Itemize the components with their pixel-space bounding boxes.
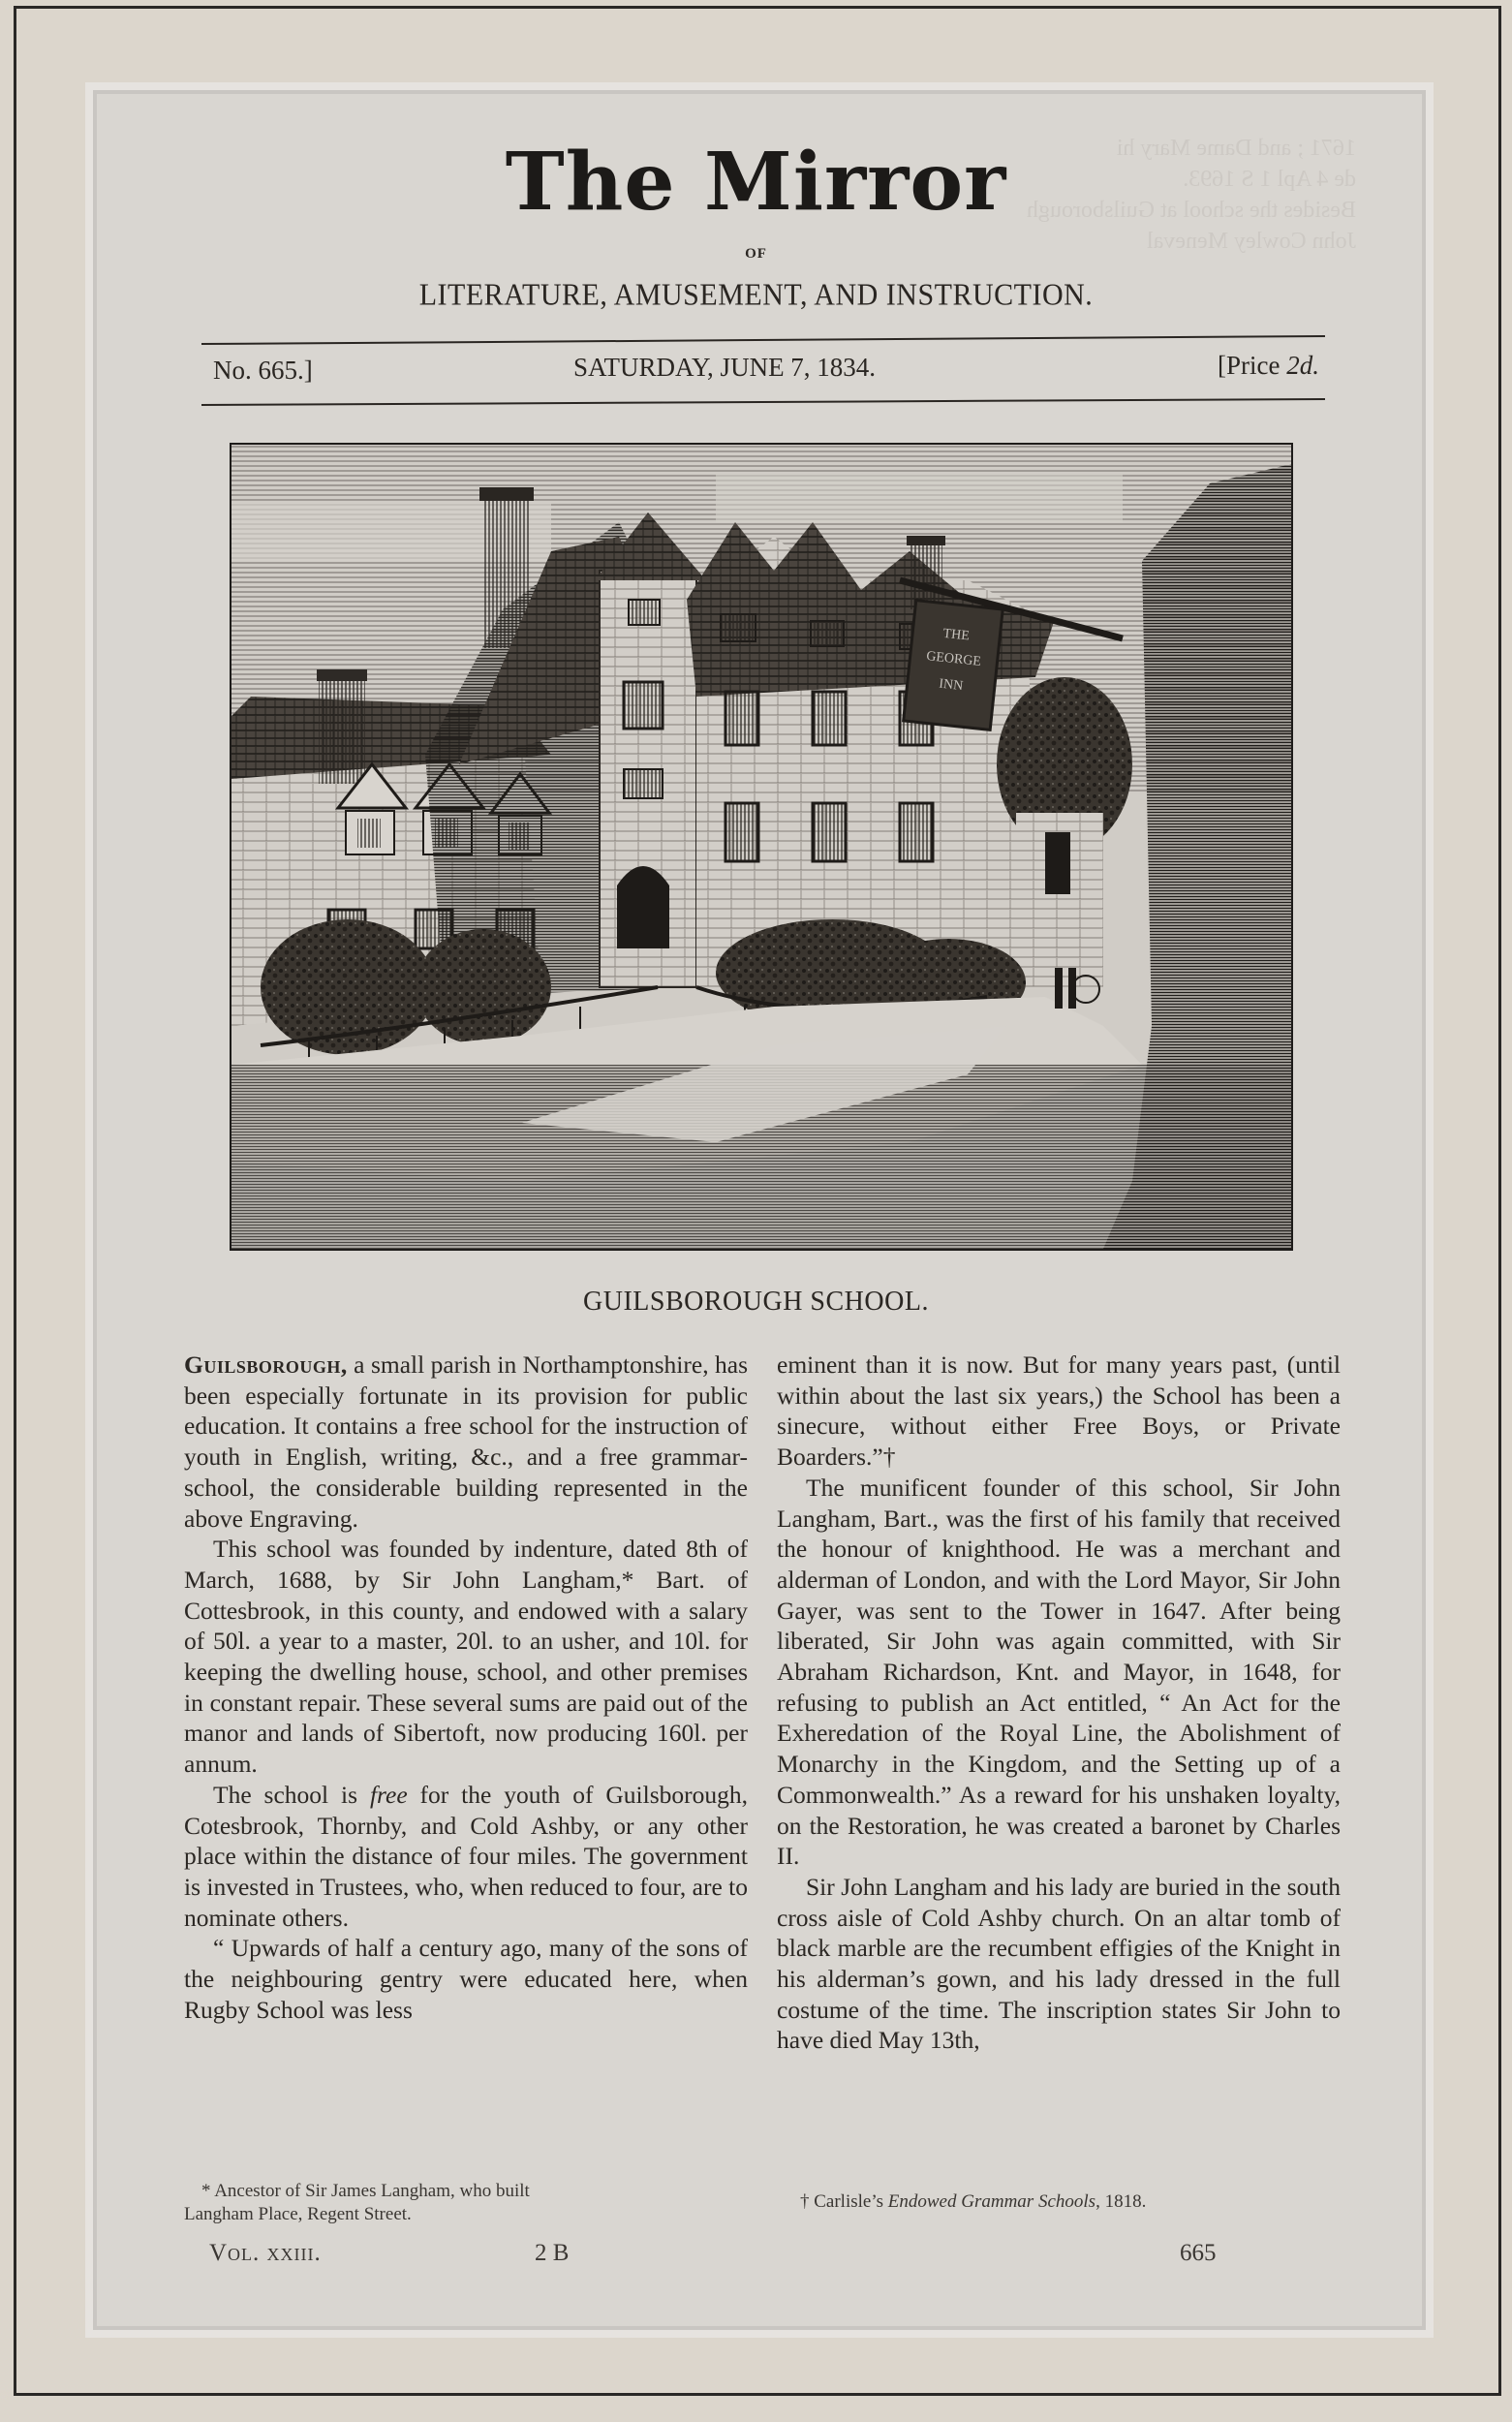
- page-number: 665: [1180, 2240, 1217, 2267]
- guilsborough-school-engraving: THE GEORGE INN: [231, 445, 1291, 1249]
- paragraph: Guilsborough, a small parish in Northamp…: [184, 1350, 748, 1534]
- footnote-text: † Carlisle’s: [800, 2191, 888, 2212]
- footnote-text: , 1818.: [1095, 2191, 1146, 2212]
- issue-number: No. 665.]: [213, 356, 313, 386]
- issue-price: [Price 2d.: [1218, 351, 1319, 381]
- masthead-of: OF: [0, 246, 1512, 263]
- paragraph: Sir John Langham and his lady are buried…: [777, 1872, 1341, 2056]
- paragraph: “ Upwards of half a century ago, many of…: [184, 1933, 748, 2025]
- signature-mark: 2 B: [535, 2240, 569, 2267]
- volume-text: Vol. xxiii.: [209, 2240, 322, 2266]
- paragraph: eminent than it is now. But for many yea…: [777, 1350, 1341, 1473]
- paragraph: This school was founded by indenture, da…: [184, 1534, 748, 1780]
- footnote-title: Endowed Grammar Schools: [888, 2191, 1095, 2212]
- inn-sign-line-1: THE: [942, 627, 971, 644]
- paragraph-text: The school is: [213, 1781, 370, 1809]
- illustration-caption: GUILSBOROUGH SCHOOL.: [0, 1287, 1512, 1318]
- dateline: No. 665.] SATURDAY, JUNE 7, 1834. [Price…: [213, 353, 1327, 391]
- issue-date: SATURDAY, JUNE 7, 1834.: [573, 353, 876, 383]
- volume-label: Vol. xxiii.: [209, 2240, 322, 2267]
- price-label: [Price: [1218, 351, 1286, 380]
- paragraph: The school is free for the youth of Guil…: [184, 1780, 748, 1934]
- emphasis: free: [370, 1781, 408, 1809]
- footnote-line: * Ancestor of Sir James Langham, who bui…: [184, 2180, 746, 2203]
- article-column-left: Guilsborough, a small parish in Northamp…: [184, 1350, 748, 2025]
- article-column-right: eminent than it is now. But for many yea…: [777, 1350, 1341, 2056]
- paragraph: The munificent founder of this school, S…: [777, 1473, 1341, 1872]
- masthead-title: The Mirror: [0, 136, 1512, 229]
- footnote-dagger: † Carlisle’s Endowed Grammar Schools, 18…: [800, 2190, 1342, 2214]
- masthead-subtitle: LITERATURE, AMUSEMENT, AND INSTRUCTION.: [0, 278, 1512, 313]
- footnote-asterisk: * Ancestor of Sir James Langham, who bui…: [184, 2180, 746, 2226]
- engraving-illustration: THE GEORGE INN: [230, 443, 1293, 1251]
- inn-sign-line-3: INN: [939, 677, 964, 695]
- lead-word: Guilsborough,: [184, 1351, 348, 1379]
- footnote-line: Langham Place, Regent Street.: [184, 2203, 746, 2226]
- price-value: 2d.: [1286, 351, 1319, 380]
